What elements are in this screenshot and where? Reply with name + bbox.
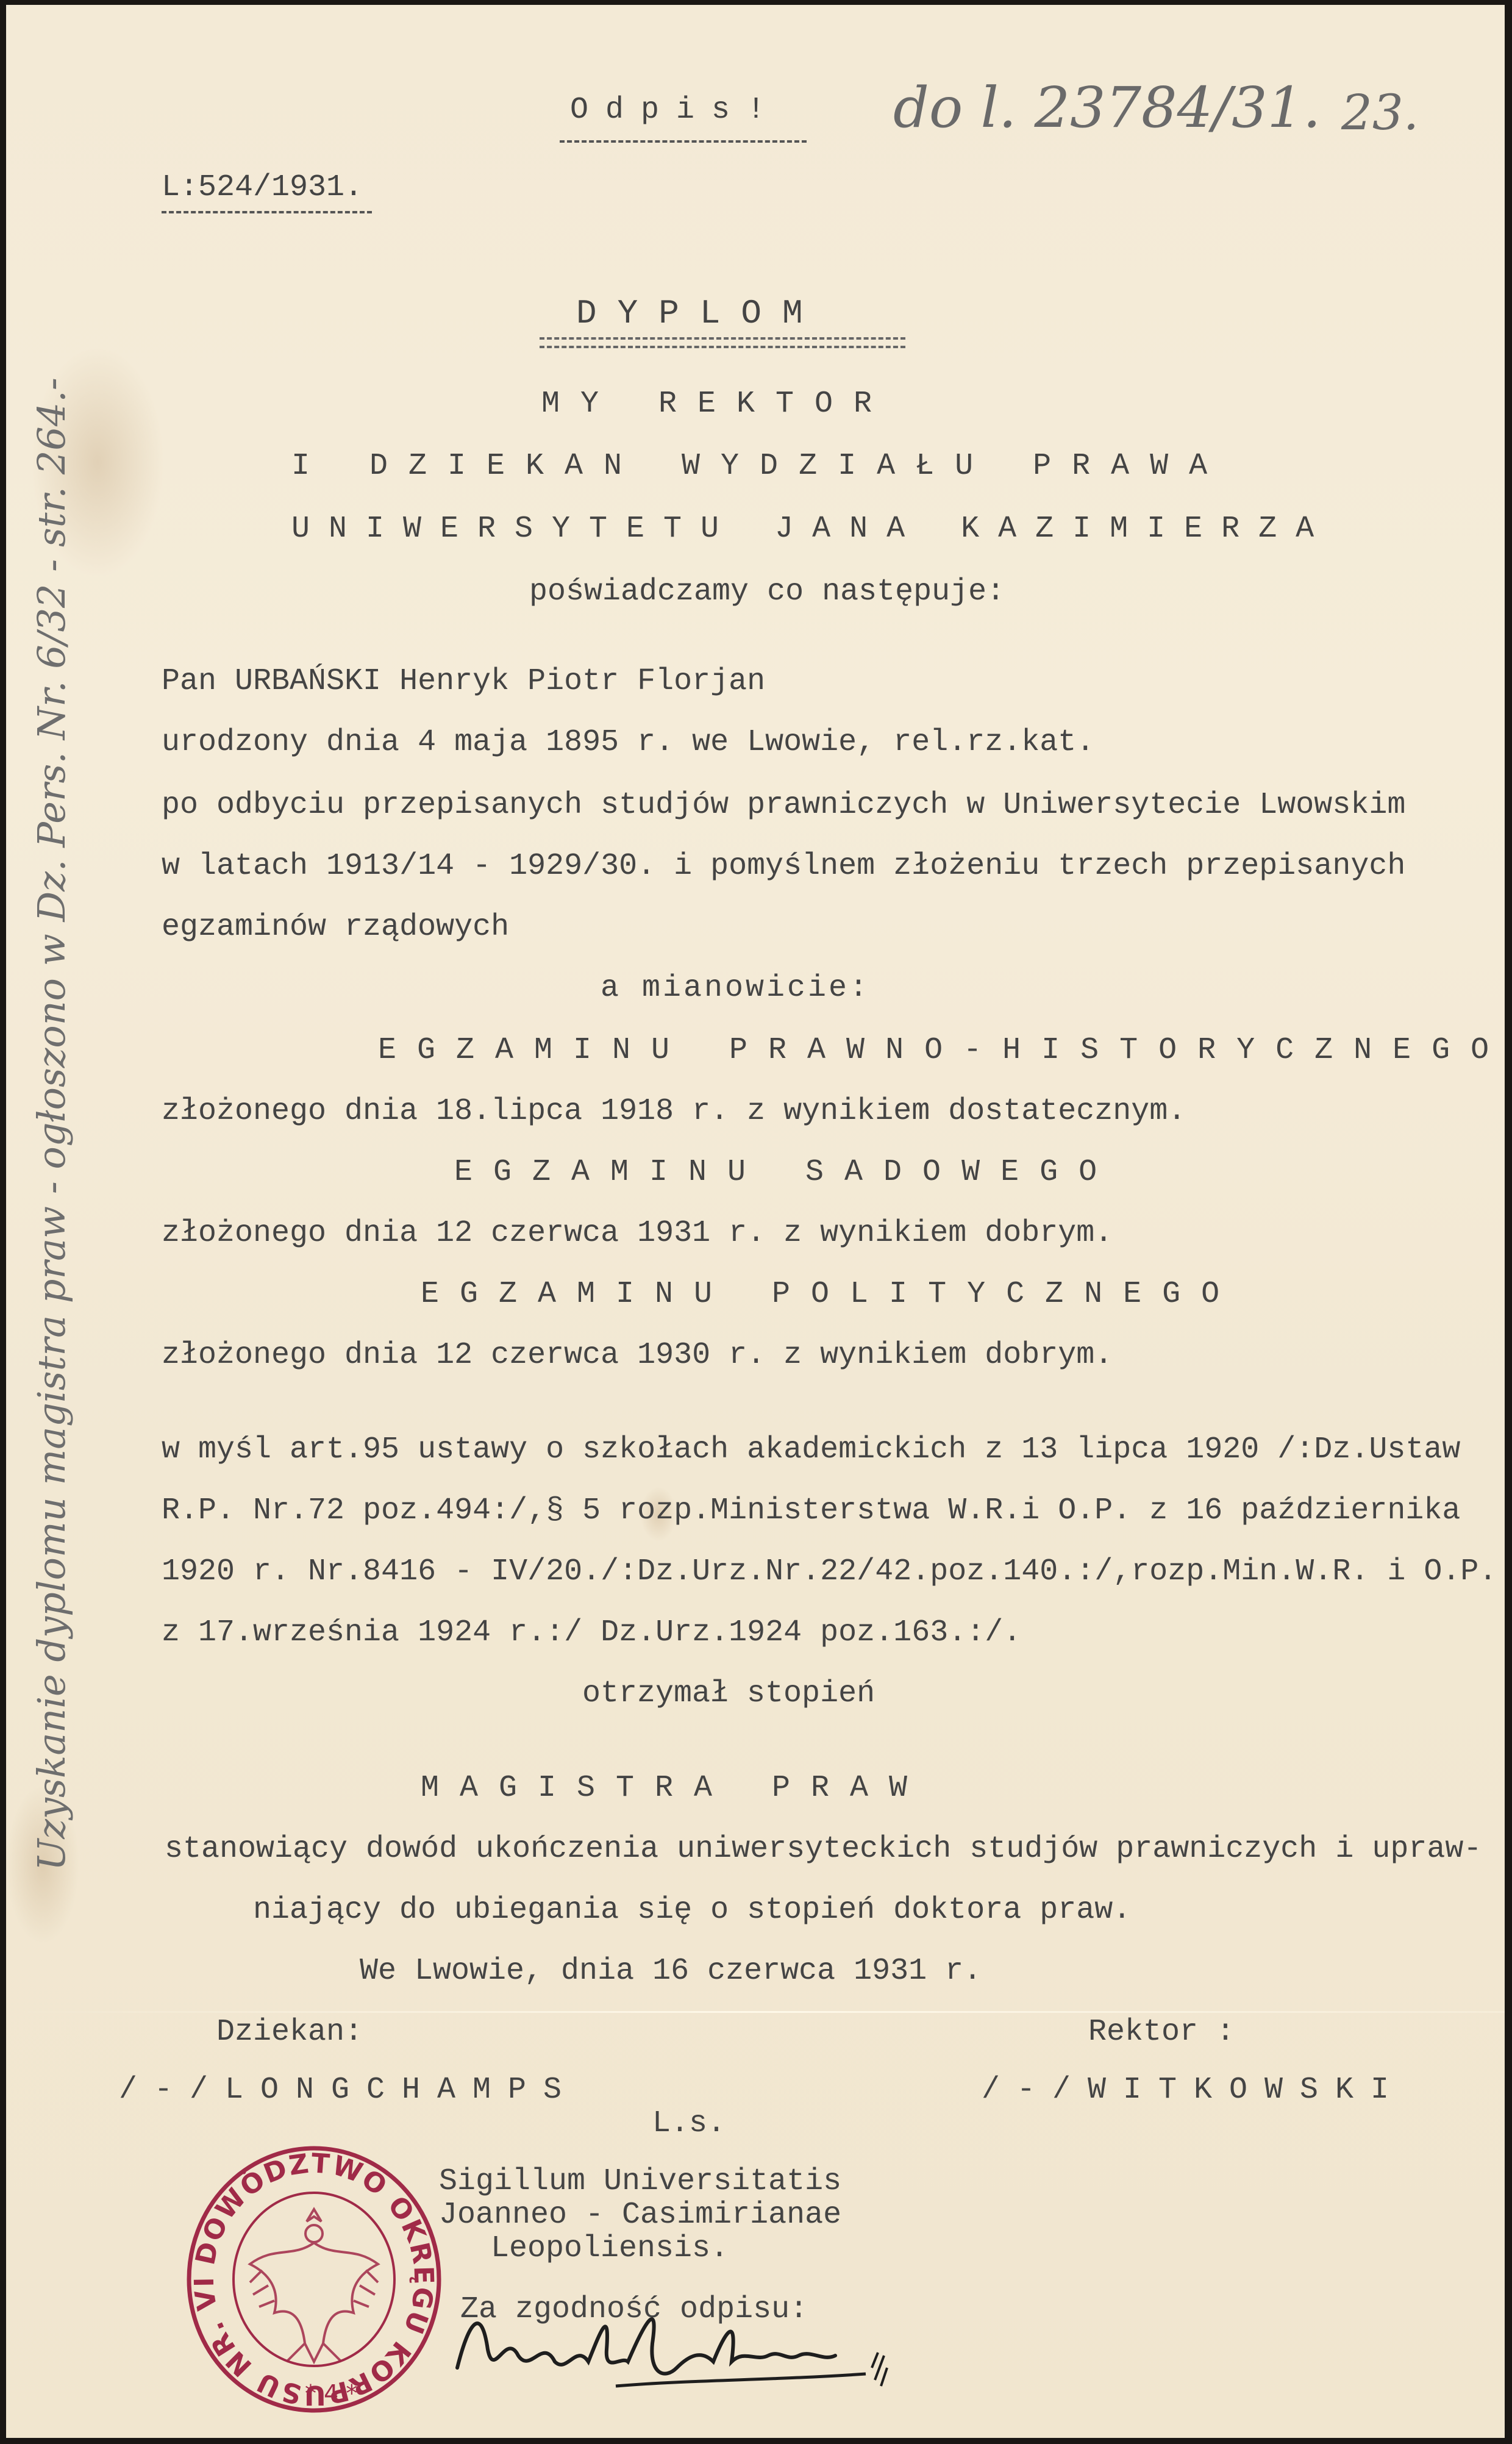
seal-text-1: Sigillum Universitatis (439, 2167, 841, 2197)
exam-result: złożonego dnia 18.lipca 1918 r. z wyniki… (162, 1096, 1186, 1127)
file-number-underline (162, 211, 372, 213)
issuer-line-2: I DZIEKAN WYDZIAŁU PRAWA (291, 451, 1228, 482)
seal-text-2: Joanneo - Casimirianae (439, 2200, 841, 2231)
birth-details: urodzony dnia 4 maja 1895 r. we Lwowie, … (162, 727, 1094, 758)
copy-mark-underline (560, 140, 807, 143)
handwritten-page-number: 23. (1341, 84, 1419, 141)
graduate-name: Pan URBAŃSKI Henryk Piotr Florjan (162, 666, 765, 697)
handwritten-signature-icon (445, 2295, 933, 2392)
rector-name: /-/WITKOWSKI (982, 2075, 1406, 2106)
certification-phrase: poświadczamy co następuje: (529, 577, 1005, 607)
degree-received-label: otrzymał stopień (582, 1679, 875, 1709)
degree-description-2: niający do ubiegania się o stopień dokto… (253, 1895, 1131, 1926)
rector-label: Rektor : (1088, 2017, 1235, 2048)
studies-line-1: po odbyciu przepisanych studjów prawnicz… (162, 790, 1405, 821)
diploma-copy-page: Odpis! do l. 23784/31. 23. L:524/1931. U… (6, 5, 1505, 2438)
paper-crease (6, 2011, 1505, 2013)
dean-label: Dziekan: (216, 2017, 363, 2048)
legal-basis-line: z 17.września 1924 r.:/ Dz.Urz.1924 poz.… (162, 1618, 1021, 1648)
document-title: DYPLOM (576, 296, 824, 331)
military-stamp-eagle-icon: DOWÓDZTWO OKRĘGU KORPUSU NR. VI * 4 * (183, 2142, 445, 2417)
svg-text:* 4 *: * 4 * (305, 2380, 357, 2407)
margin-handwritten-note: Uzyskanie dyplomu magistra praw - ogłosz… (29, 377, 74, 1871)
seal-text-3: Leopoliensis. (491, 2234, 729, 2264)
exam-name: EGZAMINU PRAWNO-HISTORYCZNEGO (378, 1035, 1505, 1066)
degree-name: MAGISTRA PRAW (421, 1773, 928, 1804)
locus-sigilli: L.s. (652, 2109, 726, 2139)
legal-basis-line: w myśl art.95 ustawy o szkołach akademic… (162, 1435, 1460, 1465)
dean-name: /-/LONGCHAMPS (119, 2075, 579, 2106)
issuer-line-1: MY REKTOR (541, 389, 893, 420)
namely-label: a mianowicie: (601, 973, 870, 1004)
copy-mark: Odpis! (570, 95, 782, 126)
file-number: L:524/1931. (162, 173, 363, 203)
place-and-date: We Lwowie, dnia 16 czerwca 1931 r. (360, 1956, 982, 1987)
title-double-underline (540, 337, 905, 348)
degree-description-1: stanowiący dowód ukończenia uniwersyteck… (165, 1834, 1482, 1865)
exam-name: EGZAMINU SADOWEGO (454, 1157, 1118, 1188)
exam-name: EGZAMINU POLITYCZNEGO (421, 1279, 1240, 1310)
issuer-line-3: UNIWERSYTETU JANA KAZIMIERZA (291, 514, 1333, 545)
exam-result: złożonego dnia 12 czerwca 1931 r. z wyni… (162, 1218, 1113, 1249)
studies-line-2: w latach 1913/14 - 1929/30. i pomyślnem … (162, 851, 1405, 882)
legal-basis-line: R.P. Nr.72 poz.494:/,§ 5 rozp.Ministerst… (162, 1496, 1460, 1526)
signature-text: Mr. Stanisław Landerer kpt. (445, 2401, 454, 2402)
studies-line-3: egzaminów rządowych (162, 912, 509, 943)
handwritten-reference: do l. 23784/31. (893, 75, 1321, 140)
legal-basis-line: 1920 r. Nr.8416 - IV/20./:Dz.Urz.Nr.22/4… (162, 1557, 1497, 1587)
exam-result: złożonego dnia 12 czerwca 1930 r. z wyni… (162, 1340, 1113, 1371)
